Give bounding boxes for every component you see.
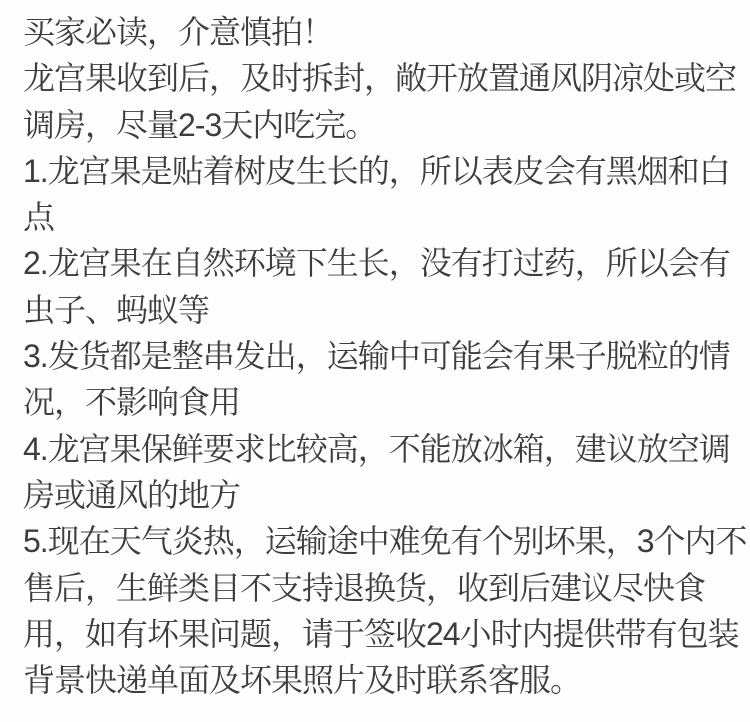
notice-line: 用，如有坏果问题，请于签收24小时内提供带有包装: [23, 611, 736, 657]
notice-line: 售后，生鲜类目不支持退换货，收到后建议尽快食: [23, 565, 736, 611]
notice-line: 龙宫果收到后，及时拆封，敞开放置通风阴凉处或空: [23, 55, 736, 101]
buyer-notice-text-block: 买家必读，介意慎拍！ 龙宫果收到后，及时拆封，敞开放置通风阴凉处或空 调房，尽量…: [0, 0, 750, 703]
notice-line: 3.发货都是整串发出，运输中可能会有果子脱粒的情: [23, 333, 736, 379]
notice-line: 调房，尽量2-3天内吃完。: [23, 102, 736, 148]
notice-line: 4.龙宫果保鲜要求比较高，不能放冰箱，建议放空调: [23, 426, 736, 472]
notice-line: 背景快递单面及坏果照片及时联系客服。: [23, 657, 736, 703]
notice-line: 2.龙宫果在自然环境下生长，没有打过药，所以会有: [23, 240, 736, 286]
notice-line: 房或通风的地方: [23, 472, 736, 518]
notice-line: 况，不影响食用: [23, 379, 736, 425]
notice-line: 1.龙宫果是贴着树皮生长的，所以表皮会有黑烟和白: [23, 148, 736, 194]
notice-title-line: 买家必读，介意慎拍！: [23, 9, 736, 55]
notice-line: 点: [23, 194, 736, 240]
notice-line: 5.现在天气炎热，运输途中难免有个别坏果，3个内不: [23, 518, 736, 564]
notice-line: 虫子、蚂蚁等: [23, 287, 736, 333]
